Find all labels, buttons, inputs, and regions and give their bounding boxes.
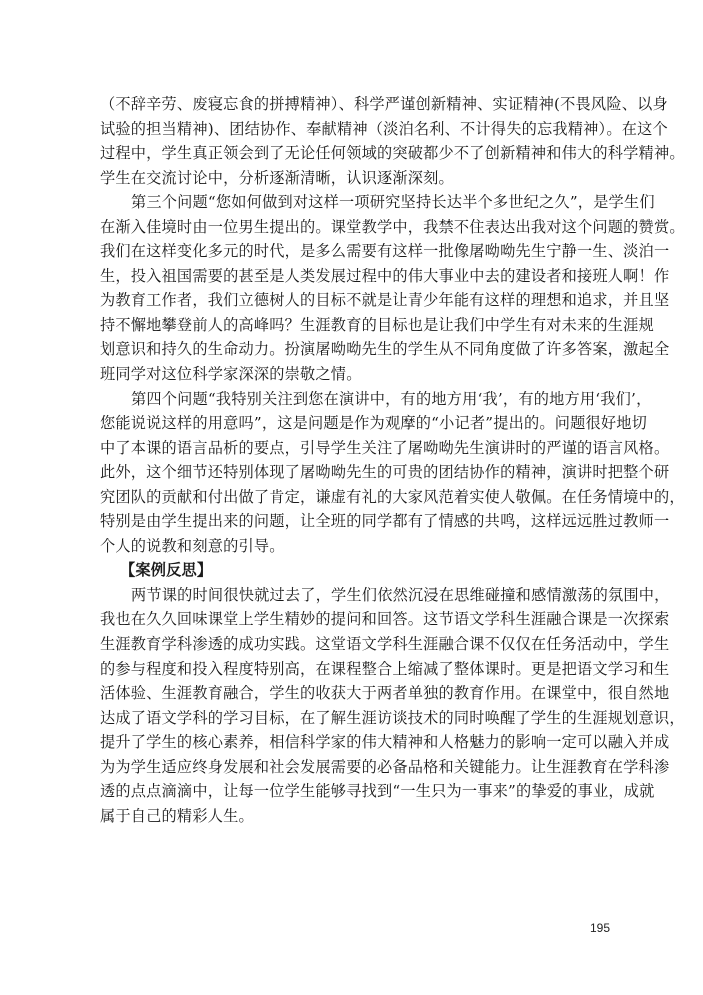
- text-line: 第四个问题“我特别关注到您在演讲中，有的地方用‘我’，有的地方用‘我们’，: [100, 387, 616, 412]
- text-line: 学生在交流讨论中，分析逐渐清晰，认识逐渐深刻。: [100, 166, 616, 191]
- page-number: 195: [590, 921, 610, 935]
- heading-text: 【案例反思】: [100, 558, 616, 583]
- text-line: 在渐入佳境时由一位男生提出的。课堂教学中，我禁不住表达出我对这个问题的赞赏。: [100, 215, 616, 240]
- text-line: 生，投入祖国需要的甚至是人类发展过程中的伟大事业中去的建设者和接班人啊！作: [100, 264, 616, 289]
- text-line: 第三个问题“您如何做到对这样一项研究坚持长达半个多世纪之久”，是学生们: [100, 190, 616, 215]
- text-line: 此外，这个细节还特别体现了屠呦呦先生的可贵的团结协作的精神，演讲时把整个研: [100, 460, 616, 485]
- text-line: 两节课的时间很快就过去了，学生们依然沉浸在思维碰撞和感情激荡的氛围中，: [100, 583, 616, 608]
- text-line: 我们在这样变化多元的时代，是多么需要有这样一批像屠呦呦先生宁静一生、淡泊一: [100, 239, 616, 264]
- text-line: 持不懈地攀登前人的高峰吗？生涯教育的目标也是让我们中学生有对未来的生涯规: [100, 313, 616, 338]
- paragraph: 两节课的时间很快就过去了，学生们依然沉浸在思维碰撞和感情激荡的氛围中，我也在久久…: [100, 583, 616, 828]
- paragraph: 第三个问题“您如何做到对这样一项研究坚持长达半个多世纪之久”，是学生们在渐入佳境…: [100, 190, 616, 386]
- text-line: 生涯教育学科渗透的成功实践。这堂语文学科生涯融合课不仅仅在任务活动中，学生: [100, 632, 616, 657]
- text-line: 为为学生适应终身发展和社会发展需要的必备品格和关键能力。让生涯教育在学科渗: [100, 755, 616, 780]
- text-line: 属于自己的精彩人生。: [100, 804, 616, 829]
- text-line: 为教育工作者，我们立德树人的目标不就是让青少年能有这样的理想和追求，并且坚: [100, 288, 616, 313]
- text-line: 试验的担当精神)、团结协作、奉献精神（淡泊名利、不计得失的忘我精神）。在这个: [100, 117, 616, 142]
- text-line: 特别是由学生提出来的问题，让全班的同学都有了情感的共鸣，这样远远胜过教师一: [100, 509, 616, 534]
- document-page: （不辞辛劳、废寝忘食的拼搏精神）、科学严谨创新精神、实证精神(不畏风险、以身试验…: [0, 0, 703, 995]
- paragraph: （不辞辛劳、废寝忘食的拼搏精神）、科学严谨创新精神、实证精神(不畏风险、以身试验…: [100, 92, 616, 190]
- text-line: 过程中，学生真正领会到了无论任何领域的突破都少不了创新精神和伟大的科学精神。: [100, 141, 616, 166]
- text-line: 提升了学生的核心素养，相信科学家的伟大精神和人格魅力的影响一定可以融入并成: [100, 730, 616, 755]
- text-line: 划意识和持久的生命动力。扮演屠呦呦先生的学生从不同角度做了许多答案，激起全: [100, 337, 616, 362]
- text-line: 班同学对这位科学家深深的崇敬之情。: [100, 362, 616, 387]
- body-text: （不辞辛劳、废寝忘食的拼搏精神）、科学严谨创新精神、实证精神(不畏风险、以身试验…: [100, 92, 616, 828]
- text-line: 透的点点滴滴中，让每一位学生能够寻找到“一生只为一事来”的挚爱的事业，成就: [100, 779, 616, 804]
- text-line: 中了本课的语言品析的要点，引导学生关注了屠呦呦先生演讲时的严谨的语言风格。: [100, 436, 616, 461]
- text-line: 我也在久久回味课堂上学生精妙的提问和回答。这节语文学科生涯融合课是一次探索: [100, 607, 616, 632]
- text-line: 究团队的贡献和付出做了肯定，谦虚有礼的大家风范着实使人敬佩。在任务情境中的，: [100, 485, 616, 510]
- section-heading: 【案例反思】: [100, 558, 616, 583]
- text-line: 个人的说教和刻意的引导。: [100, 534, 616, 559]
- text-line: 您能说说这样的用意吗”，这是问题是作为观摩的“小记者”提出的。问题很好地切: [100, 411, 616, 436]
- paragraph: 第四个问题“我特别关注到您在演讲中，有的地方用‘我’，有的地方用‘我们’，您能说…: [100, 387, 616, 559]
- text-line: 达成了语文学科的学习目标，在了解生涯访谈技术的同时唤醒了学生的生涯规划意识，: [100, 706, 616, 731]
- text-line: 活体验、生涯教育融合，学生的收获大于两者单独的教育作用。在课堂中，很自然地: [100, 681, 616, 706]
- text-line: （不辞辛劳、废寝忘食的拼搏精神）、科学严谨创新精神、实证精神(不畏风险、以身: [100, 92, 616, 117]
- text-line: 的参与程度和投入程度特别高，在课程整合上缩减了整体课时。更是把语文学习和生: [100, 657, 616, 682]
